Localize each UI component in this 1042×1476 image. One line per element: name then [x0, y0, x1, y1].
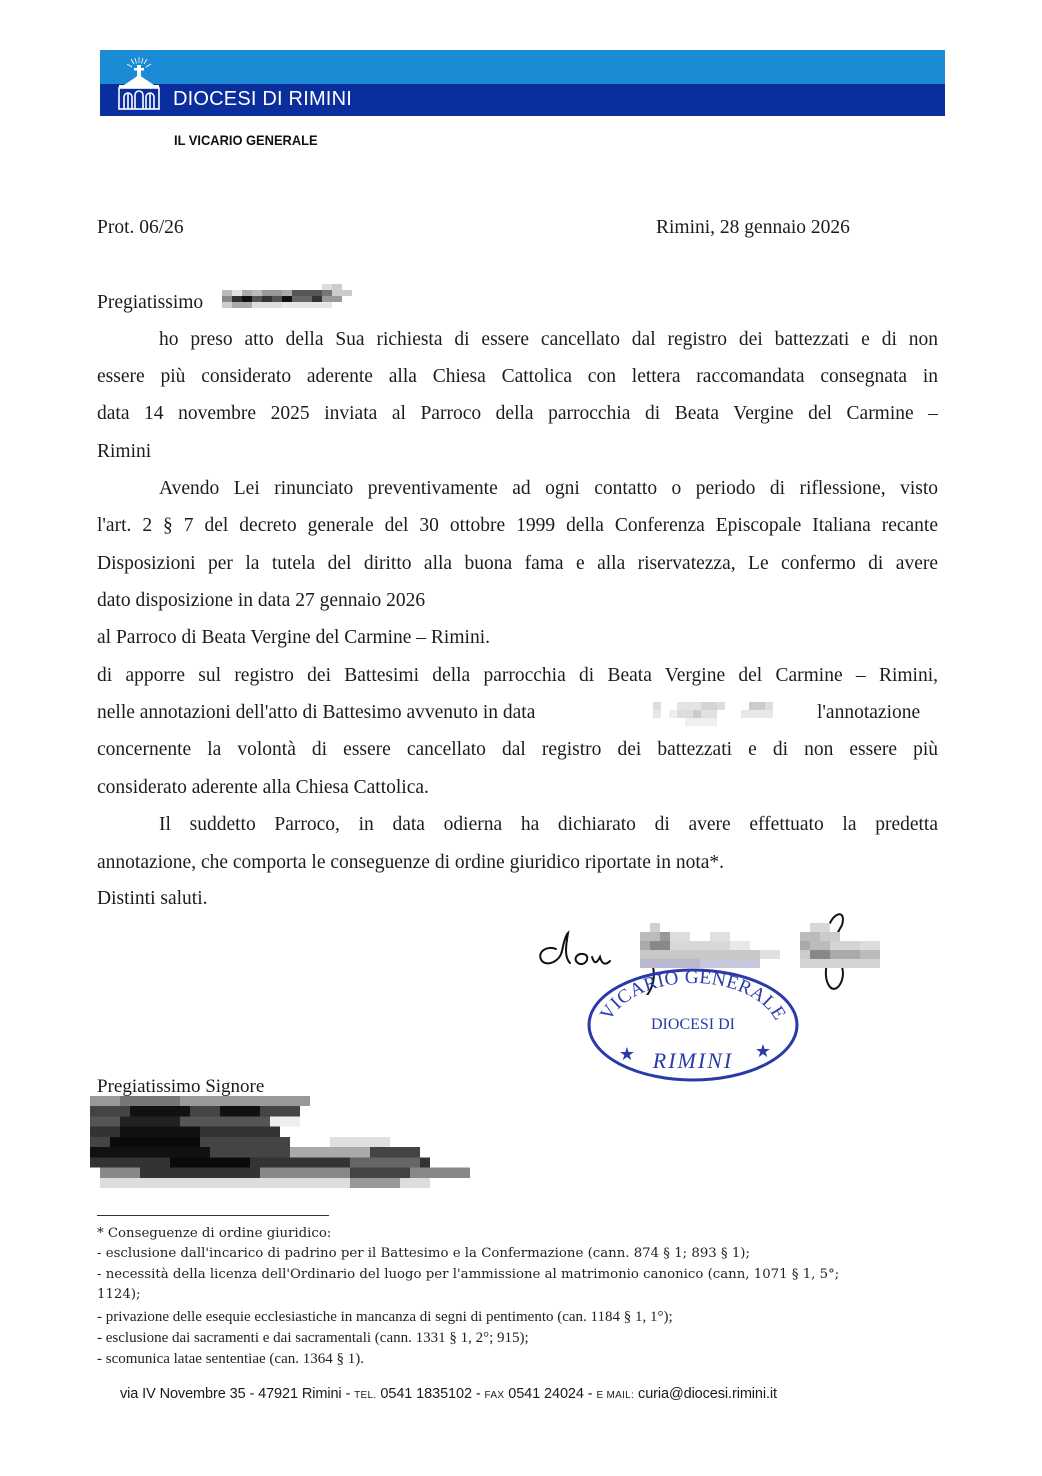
office-title: IL VICARIO GENERALE: [174, 132, 318, 148]
body-p2-line3: Disposizioni per la tutela del diritto a…: [97, 552, 938, 576]
redacted-recipient-address: [90, 1096, 470, 1188]
cathedral-logo-icon: [115, 55, 163, 111]
footer-address: via IV Novembre 35 - 47921 Rimini -: [120, 1386, 354, 1402]
body-p1-line3: data 14 novembre 2025 inviata al Parroco…: [97, 402, 938, 426]
footnote-item: - scomunica latae sententiae (can. 1364 …: [97, 1349, 364, 1369]
footnote-item: - privazione delle esequie ecclesiastich…: [97, 1307, 673, 1327]
redacted-baptism-date: [653, 702, 805, 726]
body-p2-line1: Avendo Lei rinunciato preventivamente ad…: [159, 477, 938, 501]
footer-tel: 0541 1835102 -: [376, 1386, 484, 1402]
official-stamp: VICARIO GENERALE DIOCESI DI RIMINI ★ ★: [585, 965, 801, 1083]
body-p1-line4: Rimini: [97, 440, 151, 464]
letterhead-band: DIOCESI DI RIMINI: [100, 50, 945, 116]
svg-text:★: ★: [755, 1041, 771, 1062]
body-p2-line5: al Parroco di Beata Vergine del Carmine …: [97, 626, 490, 650]
salutation-text: Pregiatissimo: [97, 292, 203, 313]
footer-email-label: E MAIL:: [596, 1390, 634, 1401]
letterhead-footer: via IV Novembre 35 - 47921 Rimini - TEL.…: [120, 1386, 777, 1402]
body-p3-line2: annotazione, che comporta le conseguenze…: [97, 851, 724, 875]
organization-name: DIOCESI DI RIMINI: [173, 87, 352, 111]
body-p2-line9: considerato aderente alla Chiesa Cattoli…: [97, 776, 429, 800]
svg-text:DIOCESI DI: DIOCESI DI: [651, 1016, 735, 1033]
body-p3-line1: Il suddetto Parroco, in data odierna ha …: [159, 813, 938, 837]
footer-email: curia@diocesi.rimini.it: [634, 1386, 777, 1402]
letterhead-band-light: [100, 50, 945, 84]
vicario-generale-stamp-icon: VICARIO GENERALE DIOCESI DI RIMINI ★ ★: [585, 965, 801, 1083]
salutation: Pregiatissimo: [97, 291, 203, 315]
protocol-number: Prot. 06/26: [97, 216, 184, 240]
body-p2-line7-before: nelle annotazioni dell'atto di Battesimo…: [97, 701, 535, 725]
body-p2-line8: concernente la volontà di essere cancell…: [97, 738, 938, 762]
redacted-recipient-name: [222, 284, 432, 320]
body-p1-line1: ho preso atto della Sua richiesta di ess…: [159, 328, 938, 352]
svg-text:★: ★: [619, 1044, 635, 1065]
footer-fax-label: FAX: [485, 1390, 505, 1401]
footnote-title: * Conseguenze di ordine giuridico:: [97, 1224, 331, 1244]
body-p1-line2: essere più considerato aderente alla Chi…: [97, 365, 938, 389]
letter-date: Rimini, 28 gennaio 2026: [656, 216, 850, 240]
body-p2-line6: di apporre sul registro dei Battesimi de…: [97, 664, 938, 688]
body-p2-line7-after: l'annotazione: [817, 701, 920, 725]
footer-tel-label: TEL.: [354, 1390, 376, 1401]
body-p2-line2: l'art. 2 § 7 del decreto generale del 30…: [97, 514, 938, 538]
footnote-item: - necessità della licenza dell'Ordinario…: [97, 1265, 839, 1285]
footnote-divider: [97, 1215, 329, 1216]
body-p2-line4: dato disposizione in data 27 gennaio 202…: [97, 589, 425, 613]
footnote-item: 1124);: [97, 1285, 141, 1305]
footnote-item: - esclusione dall'incarico di padrino pe…: [97, 1244, 750, 1264]
closing: Distinti saluti.: [97, 887, 208, 911]
footer-fax: 0541 24024 -: [504, 1386, 596, 1402]
svg-text:RIMINI: RIMINI: [652, 1048, 733, 1073]
footnote-item: - esclusione dai sacramenti e dai sacram…: [97, 1328, 529, 1348]
